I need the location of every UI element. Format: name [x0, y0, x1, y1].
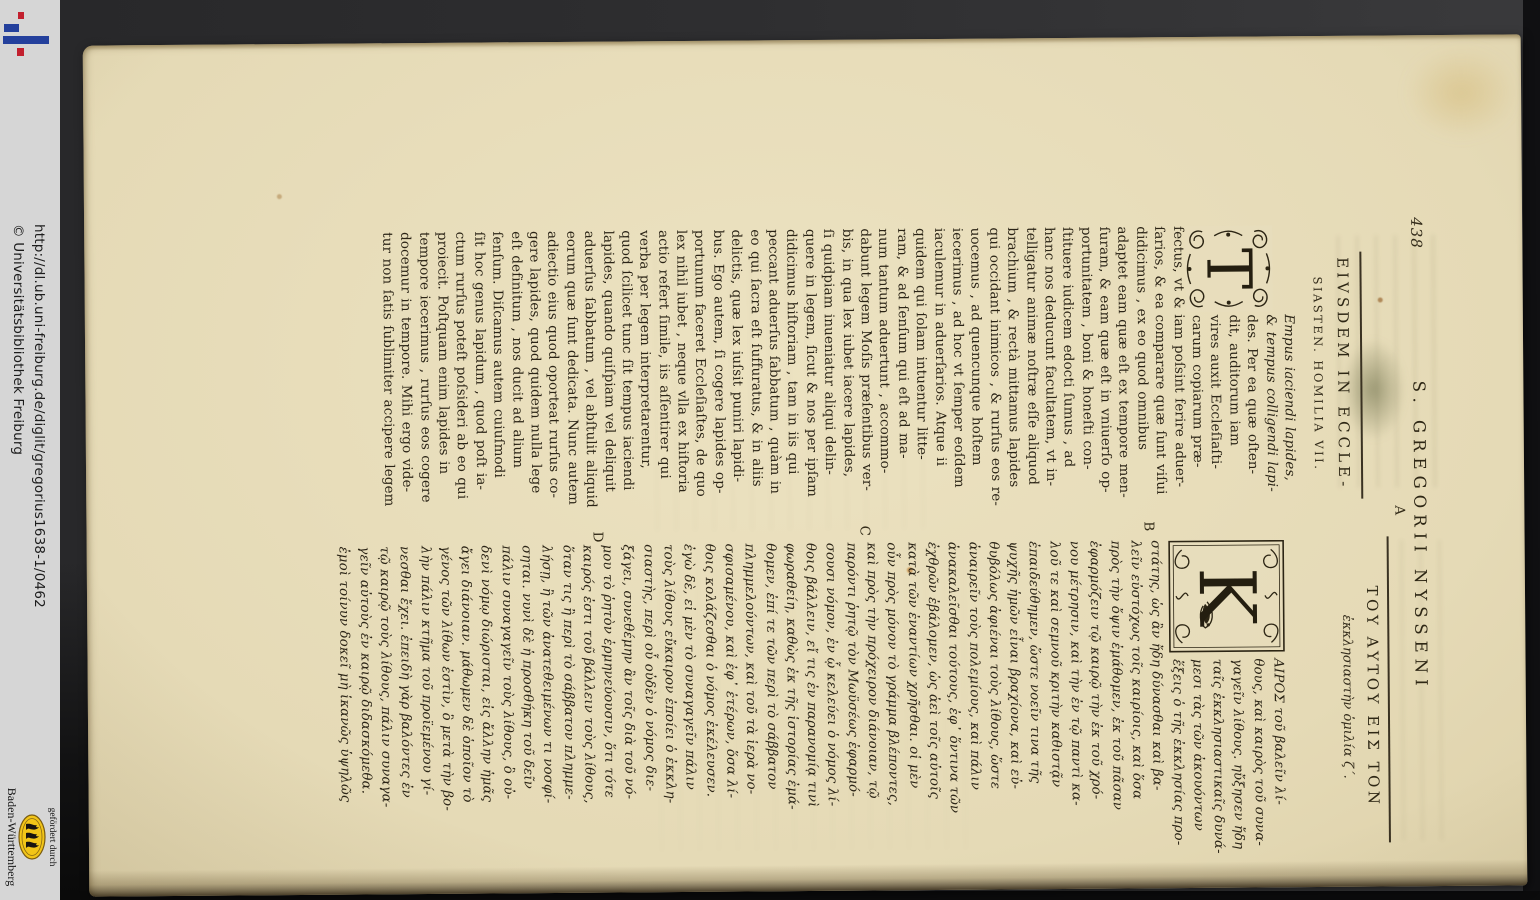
greek-text-line: πρὸς τὴν ὄψιν ἐμάθομεν, ἐκ τοῦ πᾶσαν	[1104, 540, 1127, 862]
greek-text-line: ἐφαρμόζειν τῷ καιρῷ τὴν ἐκ τοῦ χρό-	[1084, 541, 1107, 863]
latin-text-line: portunitatem , boni & honeſti con-	[1075, 227, 1096, 527]
latin-text-line: ctum rurſus poteſt poſsideri ab eo qui	[450, 232, 471, 532]
section-marker-a: A	[1391, 505, 1407, 515]
latin-text-line: num tantum aduertunt , accommo-	[873, 228, 894, 528]
greek-text-line: ψυχῆς ἡμῶν εἶναι βραχίονα, καὶ εὐ-	[1002, 541, 1025, 863]
latin-text-line: iecerimus , ad hoc vt ſemper eoſdem	[947, 228, 968, 528]
latin-title-line1: EIVSDEM IN ECCLE-	[1333, 225, 1353, 523]
greek-text-line: καὶ πρὸς τὴν πρόχειρον διάνοιαν, τῷ	[860, 542, 883, 864]
latin-text-line: iaculemur in aduerſarios. Atque ii	[928, 228, 949, 528]
greek-text-line: πλημμελούντων, καὶ τοῦ τὰ ἱερὰ νο-	[739, 543, 762, 865]
latin-text-line: fectus, vt & iam poſsint ferire aduer-	[1167, 226, 1188, 526]
greek-text-line: θοις κολάζεσθαι ὁ νόμος ἐκέλευσεν.	[698, 544, 721, 866]
latin-text-line: qui occidant inimicos , & rurſus eos re-	[983, 227, 1004, 527]
latin-text-line: peccant aduerſus ſabbatum , quàm in	[763, 229, 784, 529]
copyright-label: © Universitätsbibliothek Freiburg	[7, 224, 28, 670]
greek-text-line: ἕξεις ὁ τῆς ἐκκλησίας προ-	[1166, 659, 1188, 862]
greek-text-line: ξάγει, συνεθέμην ἂν τοῖς διὰ τοῦ νό-	[617, 544, 640, 866]
greek-text-line: μεσι τὰς τῶν ἀκουόντων	[1186, 659, 1208, 862]
latin-text-line: aduerſus ſabbatum , vel abſtulit aliquid	[579, 231, 600, 531]
greek-text-line: μου τὸ ῥητὸν ἑρμηνεύουσιν, ὅτι τότε	[597, 544, 620, 866]
latin-text-line: eſt definitum , nos ducit ad alium	[505, 231, 526, 531]
latin-title-line2: SIASTEN. HOMILIA VII.	[1310, 225, 1326, 523]
logo-red-square-top	[18, 12, 24, 19]
funding-region-label: Baden-Württemberg	[5, 776, 18, 898]
latin-text-line: actio refert ſimile, iis aſſentirer qui	[652, 230, 673, 530]
latin-text-line: ſuram, & eam quæ eſt in vniuerſo op-	[1094, 227, 1115, 527]
greek-text-line: ταῖς ἐκκλησιαστικαῖς δυνά-	[1206, 659, 1228, 862]
page-number: 438	[1407, 217, 1425, 249]
funding-label: gefördert durch	[47, 776, 57, 898]
latin-text-line: docemur in tempore. Mihi ergo vide-	[395, 232, 416, 532]
greek-heading-rule	[1387, 536, 1391, 842]
greek-text-line: καιρός ἐστι τοῦ βάλλειν τοὺς λίθους,	[576, 545, 599, 867]
foxing-spot	[277, 194, 282, 199]
latin-text-line: lapides, quando quiſpiam vel deliquit	[597, 230, 618, 530]
greek-text-line: πάλιν συναγαγεῖν τοὺς λίθους, ὃ οὐ-	[495, 545, 518, 867]
greek-text-line: ὅταν τις ἢ περὶ τὸ σάββατον πλημμε-	[556, 545, 579, 867]
baden-wuerttemberg-arms-icon	[18, 814, 46, 860]
greek-text-line: ἐπαιδεύθημεν, ὥστε νοεῖν τινα τῆς	[1023, 541, 1046, 863]
greek-text-line: ἐγὼ δὲ, εἰ μὲν τὸ συναγαγεῖν πάλιν	[678, 544, 701, 866]
latin-text-line: adiectio eius quod oporteat rurſus co-	[542, 231, 563, 531]
latin-text-line: ſi quidpiam inueniatur aliqui delin-	[818, 229, 839, 529]
greek-text-line: ἄγει διάνοιαν. μάθωμεν δὲ ὁποῖον τὸ	[454, 546, 477, 868]
latin-text-line: portunum faceret Eccleſiaſtes, de quo	[689, 230, 710, 530]
latin-text-line: delictis, quæ lex iuſsit puniri lapidi-	[726, 229, 747, 529]
latin-text-line: ſarios, & ea comparare quæ ſunt viſui	[1149, 226, 1170, 526]
latin-text-line: des. Per ea quæ oſten-	[1242, 314, 1262, 525]
latin-text-line: tempore iecerimus , rurſus eos cogere	[413, 232, 434, 532]
latin-text-line: lex nihil iubet , neque vlla ex hiſtoria	[671, 230, 692, 530]
latin-text-line: quod ſcilicet tunc ſit tempus iaciendi	[616, 230, 637, 530]
latin-text-line: bus. Ego autem, ſi cogere lapides op-	[708, 230, 729, 530]
greek-text-line: οὖν πρὸς μόνον τὸ γράμμα βλέποντες,	[881, 542, 904, 864]
greek-text-line: θομεν, ἐπί τε τῶν περὶ τὸ σάββατον	[759, 543, 782, 865]
source-url: http://dl.ub.uni-freiburg.de/diglit/greg…	[28, 224, 49, 670]
latin-text-line: bis, in qua lex iubet iacere lapides,	[836, 229, 857, 529]
greek-text-line: τῷ καιρῷ τοὺς λίθους, πάλιν συναγα-	[373, 546, 396, 868]
greek-text-line: κατὰ τῶν ἐναντίων χρῆσθαι. οἱ μὲν	[901, 542, 924, 864]
latin-text-line: verba per legem interpretarentur,	[634, 230, 655, 530]
greek-text-line: θους, καὶ καιρὸς τοῦ συνα-	[1247, 658, 1269, 861]
greek-text-line: νεσθαι ἔχει. ἐπειδὴ γὰρ βαλόντες ἐν	[394, 546, 417, 868]
greek-text-line: λὴν πάλιν κτῆμα τοῦ προϊεμένου γί-	[414, 546, 437, 868]
greek-text-line: παρόντι ῥητῷ τὸν Μωϋσέως ἐφαρμό-	[840, 543, 863, 865]
funding-block: gefördert durch Baden-Württemberg	[3, 776, 57, 898]
latin-text-line: Empus iaciendi lapides,	[1278, 314, 1298, 525]
latin-text-line: ſit hoc genus lapidum , quod poſt ia-	[469, 231, 490, 531]
latin-text-line: eo qui ſacra eſt ſuffuratus, & in aliis	[744, 229, 765, 529]
section-marker-d: D	[590, 532, 606, 543]
greek-text-line: φωραθείη, καθὼς ἐκ τῆς ἱστορίας ἐμά-	[779, 543, 802, 865]
greek-title-line1: ΤΟΥ ΑΥΤΟΥ ΕΙΣ ΤΟΝ	[1363, 536, 1384, 856]
latin-text-line: ſtituere iudicem edocti ſumus , ad	[1057, 227, 1078, 527]
greek-text-line: γαγεῖν λίθους. ηὔξησεν ἤδη	[1227, 659, 1249, 862]
latin-text-line: proiecit. Poſtquam enim lapides in	[432, 232, 453, 532]
viewer-strip: http://dl.ub.uni-freiburg.de/diglit/greg…	[0, 0, 60, 900]
greek-text-line: ἐμοὶ τοίνυν δοκεῖ μὴ ἱκανῶς ὑψηλῶς	[333, 547, 356, 869]
foxing-spot	[1378, 297, 1383, 302]
latin-text-line: ſenſum. Diſcamus autem cuiuſmodi	[487, 231, 508, 531]
latin-text-line: gere lapides, quod quidem nulla lege	[524, 231, 545, 531]
greek-text-line: λεῖν εὐστόχως τοῖς καιρίοις, καὶ ὅσα	[1124, 540, 1147, 862]
greek-text-line: γένος τῶν λίθων ἐστὶν, ὃ μετὰ τὴν βο-	[434, 546, 457, 868]
latin-text-line: telligatur animæ noſtræ eſſe aliquod	[1020, 227, 1041, 527]
greek-text-line: σουσι νόμον, ἐν ᾧ κελεύει ὁ νόμος λί-	[820, 543, 843, 865]
greek-title-line2: ἐκκλησιαστὴν ὁμιλία ζ΄.	[1339, 537, 1357, 857]
greek-text-line: νου μέτρησιν, καὶ τὴν ἐν τῷ παντὶ κα-	[1063, 541, 1086, 863]
greek-text-line: γεῖν αὐτοὺς ἐν καιρῷ διδασκόμεθα.	[353, 546, 376, 868]
greek-text-line: θυβόλως ἀφιέναι τοὺς λίθους, ὥστε	[982, 541, 1005, 863]
ub-freiburg-logo-icon	[0, 8, 56, 60]
greek-column: ΑΙΡΟΣ τοῦ βαλεῖν λί-θους, καὶ καιρὸς τοῦ…	[333, 539, 1289, 868]
greek-text-line: ἀνακαλεῖσθαι τούτους, ἐφ᾽ ὅντινα τῶν	[942, 542, 965, 864]
greek-text-line: ἐχθρῶν ἐβάλομεν, ὡς ἀεὶ τοῖς αὐτοῖς	[921, 542, 944, 864]
latin-text-line: carum copiarum præ-	[1186, 315, 1206, 526]
logo-red-square-bottom	[17, 48, 24, 56]
greek-text-line: τοὺς λίθους εὔκαιρον ἐποίει ὁ ἐκκλη-	[657, 544, 680, 866]
latin-text-line: quere in legem, ſicut & nos per ipſam	[800, 229, 821, 529]
logo-blue-bar-long	[3, 36, 49, 44]
greek-text-line: θοις βάλλειν, εἴ τις ἐν παρανομίᾳ τινὶ	[799, 543, 822, 865]
logo-blue-bar-short	[4, 24, 19, 32]
greek-text-line: σηται. νυνὶ δὲ ἡ προσθήκη τοῦ δεῖν	[515, 545, 538, 867]
source-url-block: http://dl.ub.uni-freiburg.de/diglit/greg…	[5, 224, 49, 670]
latin-text-line: dit, auditorum iam	[1223, 315, 1243, 526]
greek-text-line: λοῦ τε καὶ σεμνοῦ κριτὴν καθιστᾷν	[1043, 541, 1066, 863]
latin-text-line: & tempus colligendi lapi-	[1260, 314, 1280, 525]
greek-text-line: λήσῃ, ἢ τῶν ἀνατεθειμένων τι νοσφί-	[536, 545, 559, 867]
latin-column: Empus iaciendi lapides,& tempus colligen…	[377, 225, 1299, 532]
paper-stain	[1405, 46, 1518, 139]
latin-text-line: dabunt legem Moſis præſentibus ver-	[855, 228, 876, 528]
latin-text-line: vires auxit Eccleſiaſti-	[1205, 315, 1225, 526]
greek-text-line: σφισαμένου, καὶ ἐφ᾽ ἑτέρων, ὅσα λί-	[718, 544, 741, 866]
book-page: 438 S. GREGORII NYSSENI A B C D EIVSDEM …	[83, 34, 1528, 896]
latin-text-line: didicimus , ex eo quod omnibus	[1131, 226, 1152, 526]
latin-text-line: uocemus , ad quencunque hoſtem	[965, 228, 986, 528]
greek-text-line: δενὶ νόμῳ διώρισται, εἰς ἄλλην ἡμᾶς	[475, 545, 498, 867]
latin-text-line: didicimus hiſtoriam , tam in iis qui	[781, 229, 802, 529]
latin-text-line: hanc nos deducunt facultatem, vt in-	[1039, 227, 1060, 527]
greek-text-line: σιαστὴς, περὶ οὗ οὐδὲν ὁ νόμος διε-	[637, 544, 660, 866]
latin-text-line: eorum quæ ſunt dedicata. Nunc autem	[561, 231, 582, 531]
running-header: S. GREGORII NYSSENI	[1409, 373, 1431, 699]
scan-left-shadow	[60, 560, 90, 900]
greek-text-line: ΑΙΡΟΣ τοῦ βαλεῖν λί-	[1267, 658, 1289, 861]
latin-text-line: ram, & ad ſenſum qui eſt ad ma-	[892, 228, 913, 528]
latin-text-line: tur non ſatis ſublimiter accipere legem	[377, 232, 398, 532]
greek-text-line: στάτης, ὡς ἂν ἤδη δύνασθαι καὶ βα-	[1145, 540, 1168, 862]
latin-text-line: adaptet eam quæ eſt ex tempore men-	[1112, 226, 1133, 526]
latin-text-line: brachium , & rectà mittamus lapides	[1002, 227, 1023, 527]
latin-text-line: quidem qui ſolam intuentur litte-	[910, 228, 931, 528]
greek-text-line: ἀναιρεῖν τοὺς πολεμίους, καὶ πάλιν	[962, 542, 985, 864]
